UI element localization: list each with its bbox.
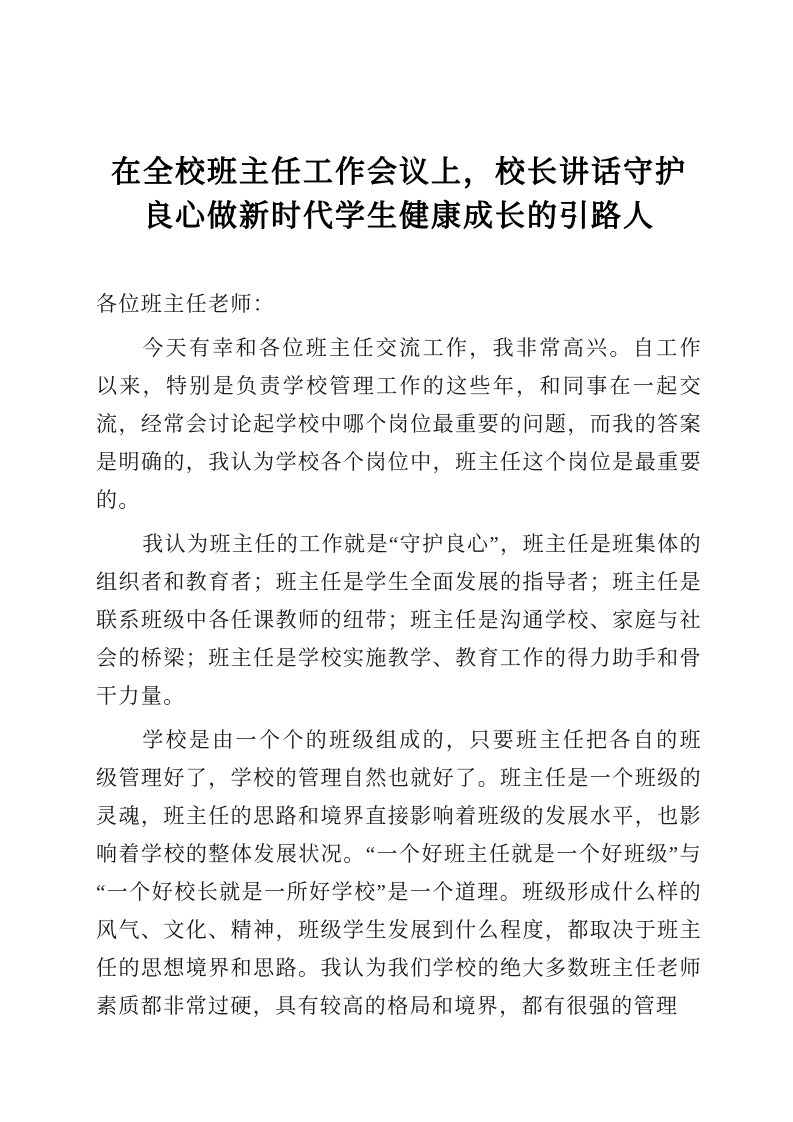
document-title-line-2: 良心做新时代学生健康成长的引路人 xyxy=(96,195,702,239)
paragraph-1: 今天有幸和各位班主任交流工作，我非常高兴。自工作以来，特别是负责学校管理工作的这… xyxy=(96,329,702,519)
document-title-line-1: 在全校班主任工作会议上，校长讲话守护 xyxy=(96,151,702,195)
paragraph-2: 我认为班主任的工作就是“守护良心”，班主任是班集体的组织者和教育者；班主任是学生… xyxy=(96,525,702,715)
document-body: 各位班主任老师： 今天有幸和各位班主任交流工作，我非常高兴。自工作以来，特别是负… xyxy=(96,285,702,1025)
document-title: 在全校班主任工作会议上，校长讲话守护 良心做新时代学生健康成长的引路人 xyxy=(96,151,702,239)
paragraph-3: 学校是由一个个的班级组成的，只要班主任把各自的班级管理好了，学校的管理自然也就好… xyxy=(96,721,702,1025)
salutation: 各位班主任老师： xyxy=(96,285,702,323)
document-page: 在全校班主任工作会议上，校长讲话守护 良心做新时代学生健康成长的引路人 各位班主… xyxy=(0,0,793,1122)
